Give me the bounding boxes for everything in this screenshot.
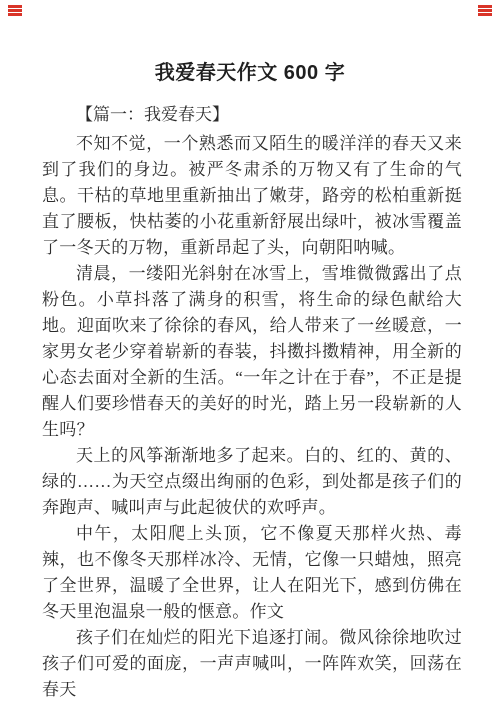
essay-paragraph-2: 清晨，一缕阳光斜射在冰雪上，雪堆微微露出了点粉色。小草抖落了满身的积雪，将生命的… (42, 261, 462, 443)
essay-paragraph-3: 天上的风筝渐渐地多了起来。白的、红的、黄的、绿的……为天空点缀出绚丽的色彩，到处… (42, 443, 462, 521)
essay-paragraph-1: 不知不觉，一个熟悉而又陌生的暖洋洋的春天又来到了我们的身边。被严冬肃杀的万物又有… (42, 131, 462, 261)
essay-page: 我爱春天作文 600 字 【篇一：我爱春天】 不知不觉，一个熟悉而又陌生的暖洋洋… (0, 0, 500, 707)
red-corner-mark-right (478, 5, 492, 16)
section-header: 【篇一：我爱春天】 (42, 102, 462, 128)
essay-title: 我爱春天作文 600 字 (0, 60, 500, 87)
red-corner-mark-left (8, 5, 22, 16)
essay-paragraph-5: 孩子们在灿烂的阳光下追逐打闹。微风徐徐地吹过孩子们可爱的面庞，一声声喊叫，一阵阵… (42, 625, 462, 703)
essay-paragraph-4: 中午，太阳爬上头顶，它不像夏天那样火热、毒辣，也不像冬天那样冰冷、无情，它像一只… (42, 521, 462, 625)
